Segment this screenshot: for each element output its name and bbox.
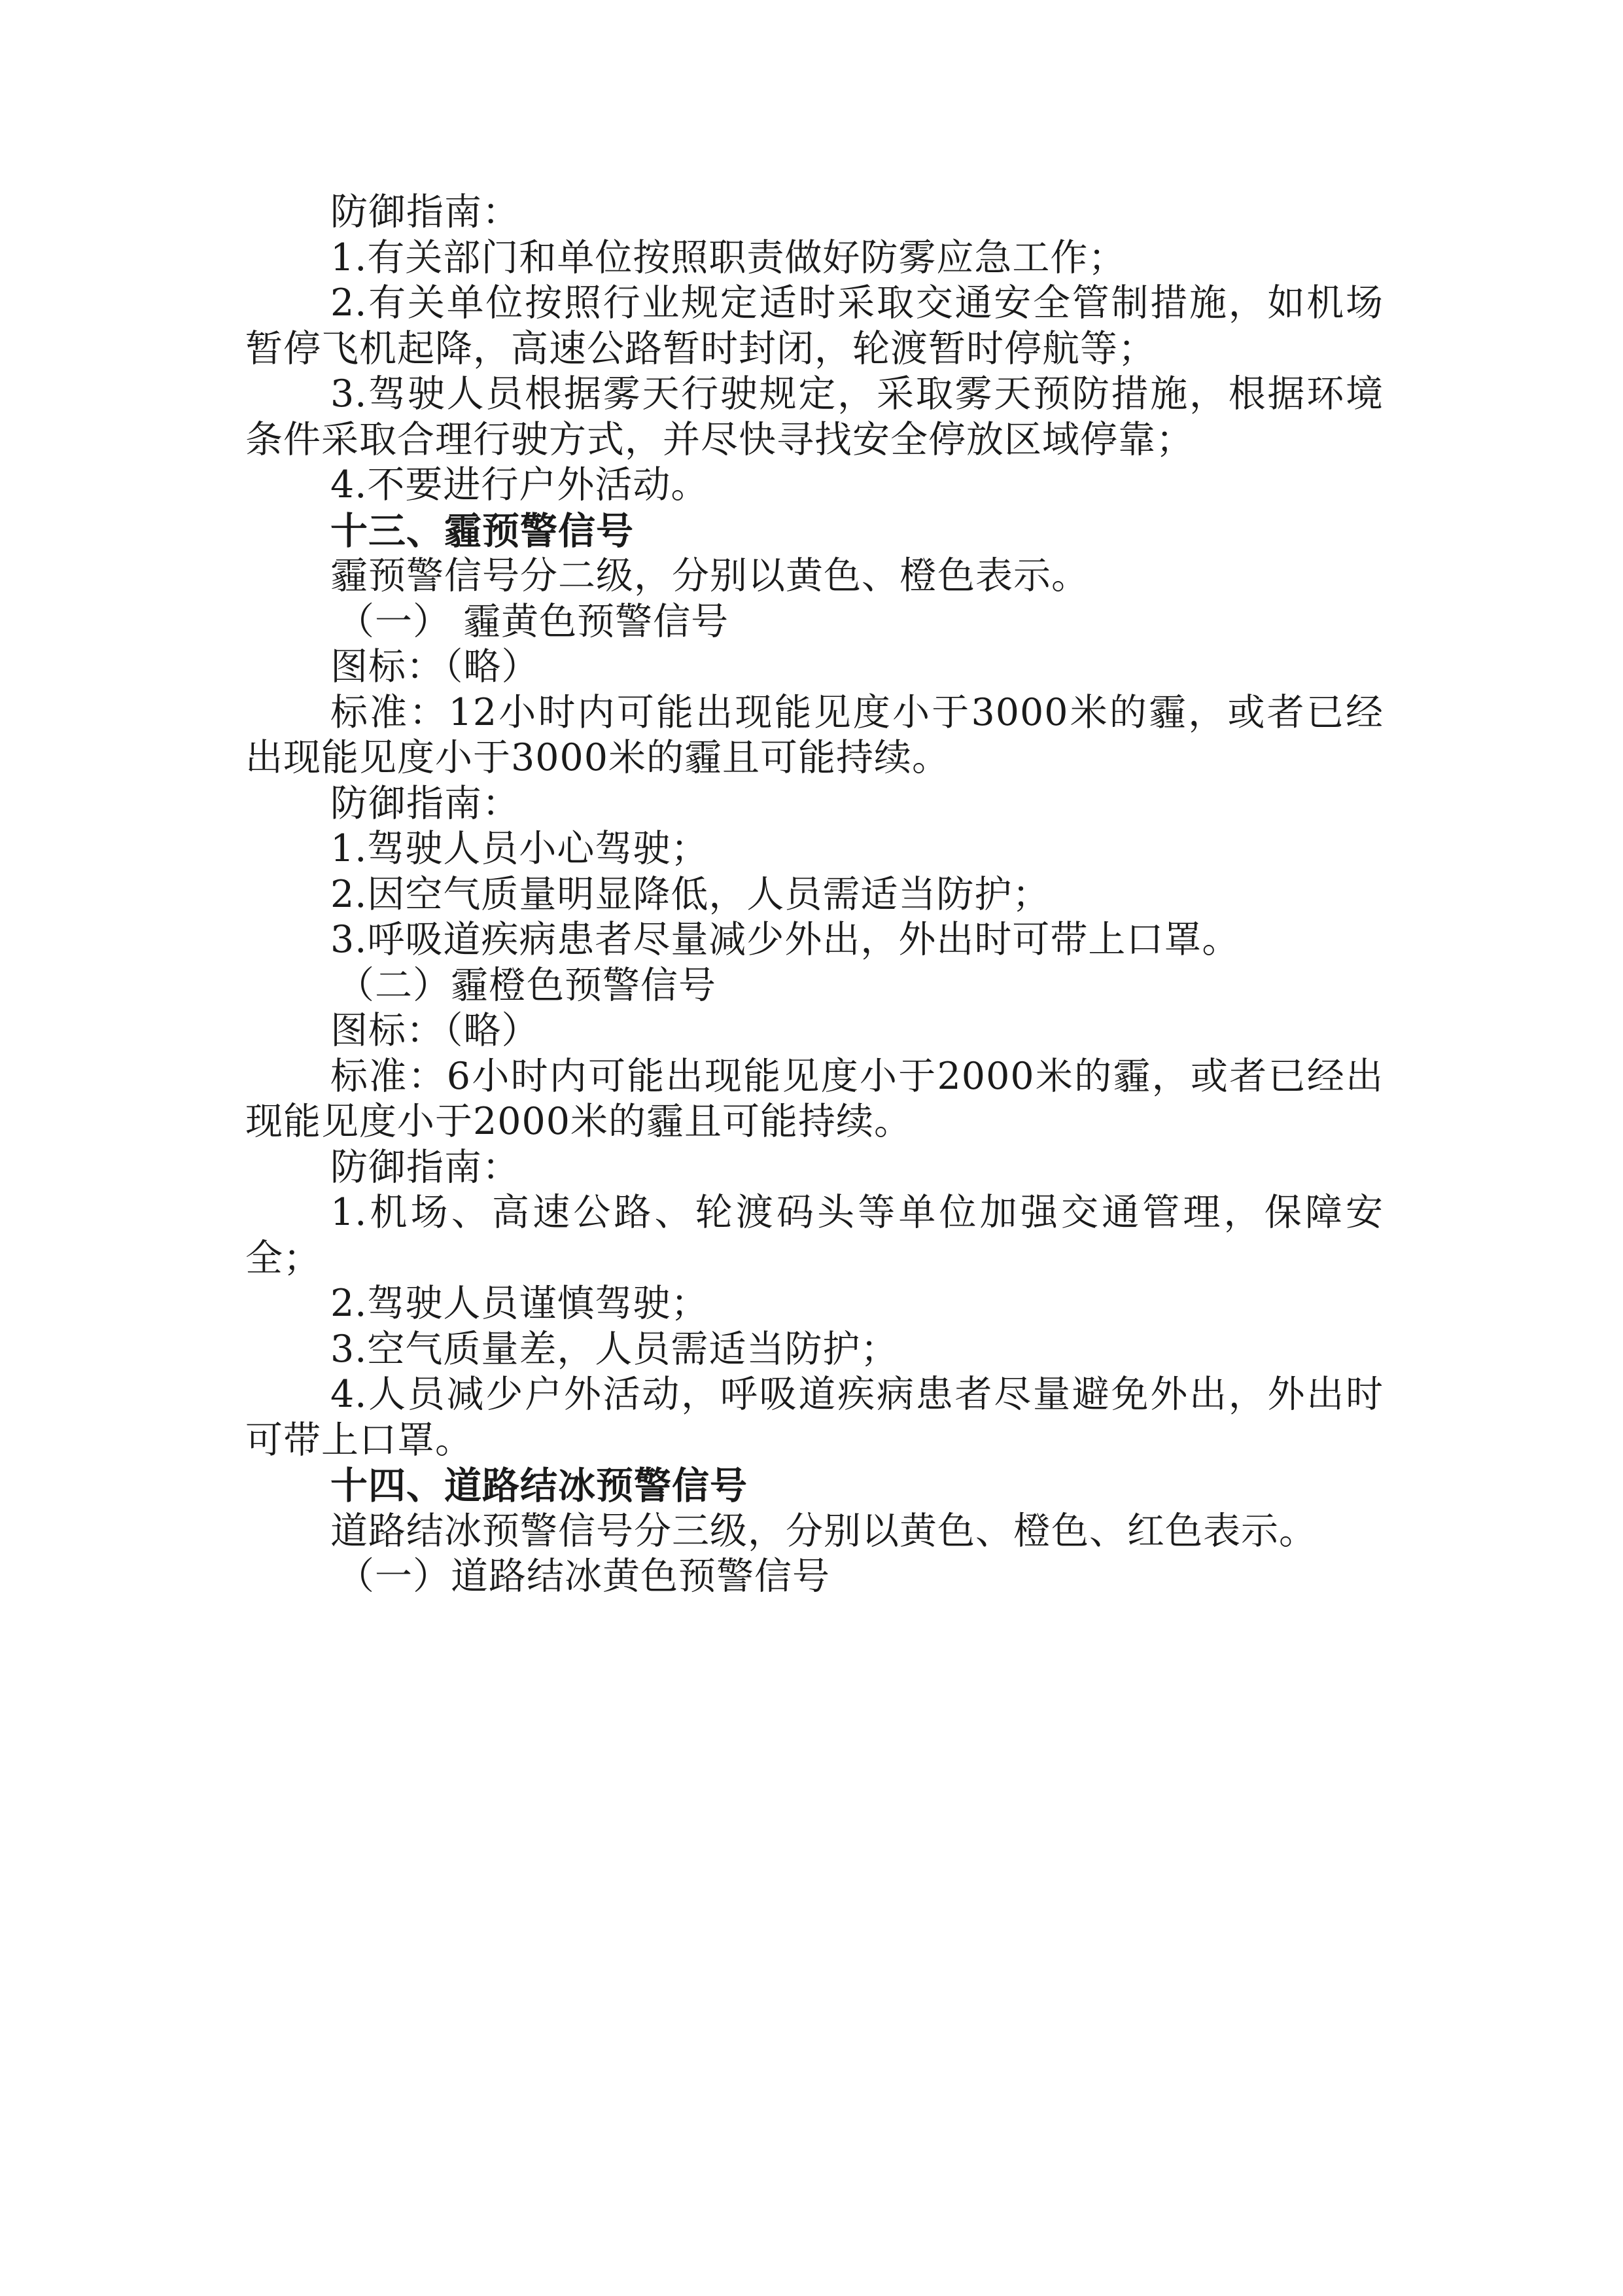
- guide-item: 4.人员减少户外活动，呼吸道疾病患者尽量避免外出，外出时可带上口罩。: [245, 1372, 1384, 1463]
- icon-note: 图标：（略）: [245, 1008, 1384, 1054]
- standard-paragraph: 标准：6小时内可能出现能见度小于2000米的霾，或者已经出现能见度小于2000米…: [245, 1054, 1384, 1145]
- guide-item: 2.驾驶人员谨慎驾驶；: [245, 1281, 1384, 1327]
- section-heading-road-icing: 十四、道路结冰预警信号: [245, 1463, 1384, 1509]
- guide-item: 1.驾驶人员小心驾驶；: [245, 826, 1384, 872]
- document-page: 防御指南： 1.有关部门和单位按照职责做好防雾应急工作； 2.有关单位按照行业规…: [245, 190, 1384, 1600]
- subsection-heading-haze-orange: （二）霾橙色预警信号: [245, 963, 1384, 1009]
- section-heading-haze: 十三、霾预警信号: [245, 508, 1384, 554]
- guide-item: 3.空气质量差，人员需适当防护；: [245, 1327, 1384, 1373]
- defense-guide-label: 防御指南：: [245, 1145, 1384, 1191]
- subsection-heading-road-icing-yellow: （一）道路结冰黄色预警信号: [245, 1554, 1384, 1600]
- guide-item: 1.有关部门和单位按照职责做好防雾应急工作；: [245, 236, 1384, 281]
- icon-note: 图标：（略）: [245, 645, 1384, 690]
- guide-item: 2.因空气质量明显降低，人员需适当防护；: [245, 872, 1384, 918]
- defense-guide-label: 防御指南：: [245, 190, 1384, 236]
- guide-item: 3.驾驶人员根据雾天行驶规定，采取雾天预防措施，根据环境条件采取合理行驶方式，并…: [245, 372, 1384, 463]
- subsection-heading-haze-yellow: （一） 霾黄色预警信号: [245, 599, 1384, 645]
- body-paragraph: 道路结冰预警信号分三级，分别以黄色、橙色、红色表示。: [245, 1509, 1384, 1555]
- standard-paragraph: 标准：12小时内可能出现能见度小于3000米的霾，或者已经出现能见度小于3000…: [245, 690, 1384, 781]
- guide-item: 2.有关单位按照行业规定适时采取交通安全管制措施，如机场暂停飞机起降，高速公路暂…: [245, 281, 1384, 372]
- guide-item: 3.呼吸道疾病患者尽量减少外出，外出时可带上口罩。: [245, 917, 1384, 963]
- guide-item: 4.不要进行户外活动。: [245, 463, 1384, 508]
- body-paragraph: 霾预警信号分二级，分别以黄色、橙色表示。: [245, 554, 1384, 599]
- defense-guide-label: 防御指南：: [245, 781, 1384, 827]
- guide-item: 1.机场、高速公路、轮渡码头等单位加强交通管理，保障安全；: [245, 1190, 1384, 1281]
